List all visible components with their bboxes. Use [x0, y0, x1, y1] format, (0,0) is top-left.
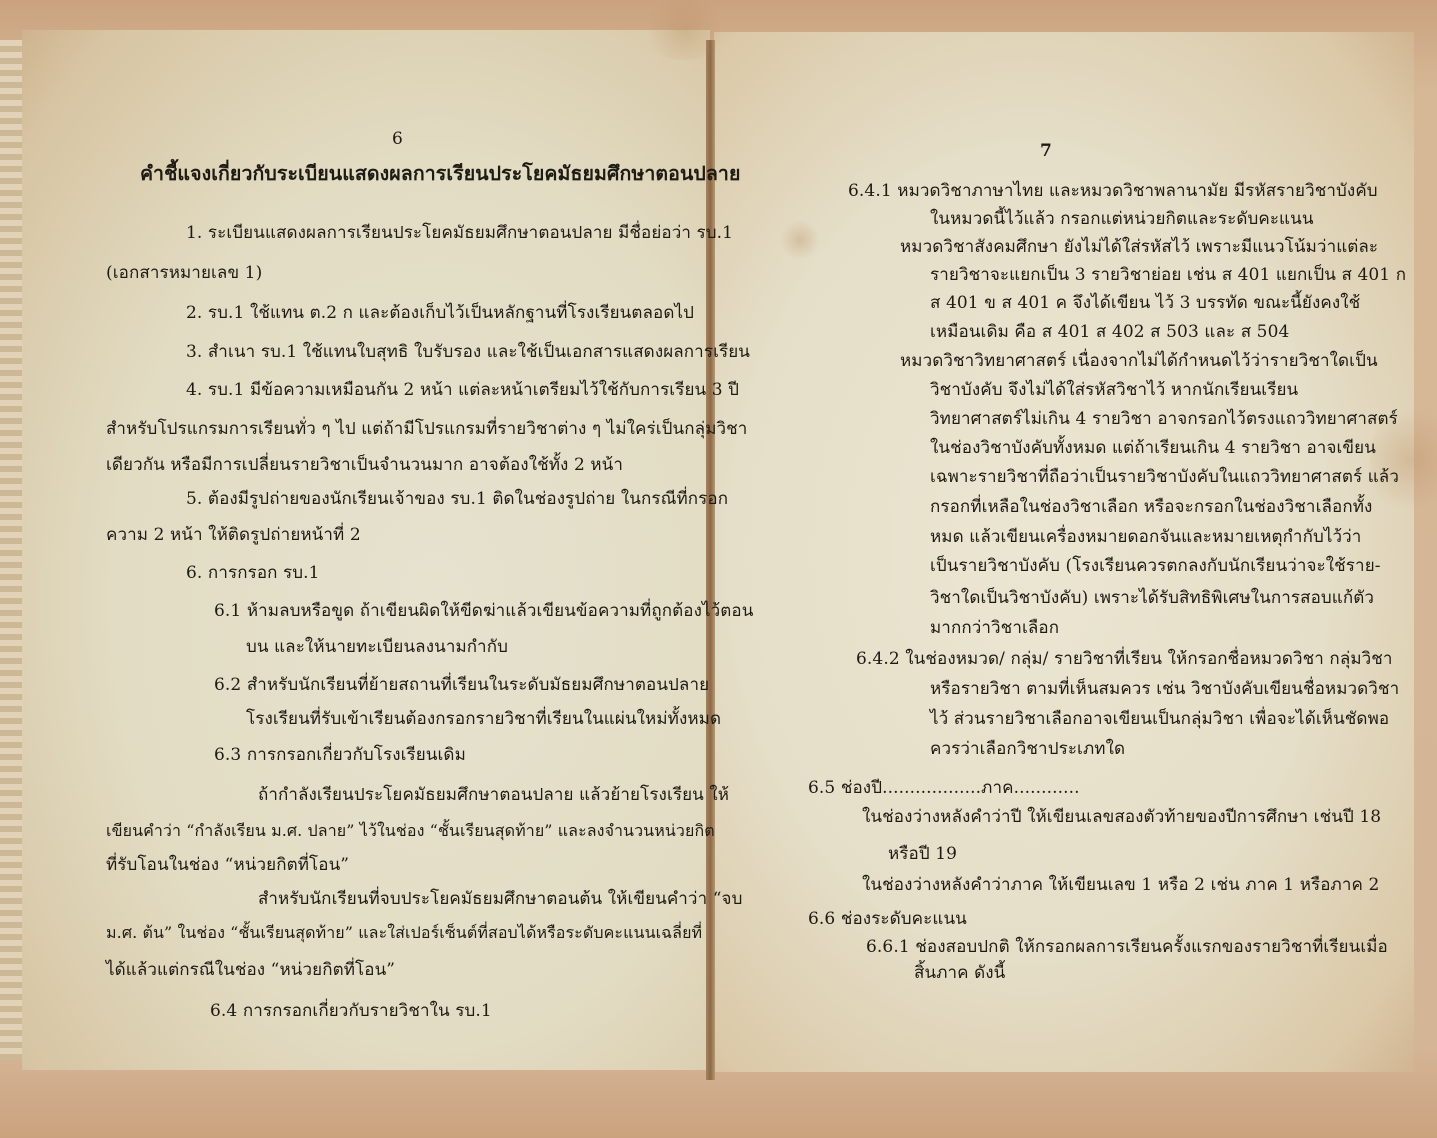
paragraph-line: (เอกสารหมายเลข 1) [106, 262, 262, 284]
paragraph-line: ถ้ากำลังเรียนประโยคมัธยมศึกษาตอนปลาย แล้… [258, 784, 729, 806]
paragraph-line: 6.2 สำหรับนักเรียนที่ย้ายสถานที่เรียนในร… [214, 674, 709, 696]
paragraph-line: หมวดวิชาวิทยาศาสตร์ เนื่องจากไม่ได้กำหนด… [900, 350, 1378, 372]
page-number-right: 7 [1040, 140, 1052, 162]
paragraph-line: บน และให้นายทะเบียนลงนามกำกับ [246, 636, 508, 658]
paragraph-line: หมวดวิชาสังคมศึกษา ยังไม่ได้ใส่รหัสไว้ เ… [900, 236, 1378, 258]
paragraph-line: ในช่องวิชาบังคับทั้งหมด แต่ถ้าเรียนเกิน … [930, 437, 1376, 459]
paragraph-line: เขียนคำว่า “กำลังเรียน ม.ศ. ปลาย” ไว้ในช… [106, 820, 715, 842]
paragraph-line: 6.1 ห้ามลบหรือขูด ถ้าเขียนผิดให้ขีดฆ่าแล… [214, 600, 753, 622]
paragraph-line: 6.5 ช่องปี..................ภาค.........… [808, 777, 1080, 799]
paragraph-line: สำหรับโปรแกรมการเรียนทั่ว ๆ ไป แต่ถ้ามีโ… [106, 418, 747, 440]
paragraph-line: 6.6.1 ช่องสอบปกติ ให้กรอกผลการเรียนครั้ง… [866, 936, 1388, 958]
paragraph-line: เหมือนเดิม คือ ส 401 ส 402 ส 503 และ ส 5… [930, 321, 1289, 343]
paragraph-line: 6.6 ช่องระดับคะแนน [808, 908, 967, 930]
paragraph-line: 6.4 การกรอกเกี่ยวกับรายวิชาใน รบ.1 [210, 1000, 492, 1022]
paragraph-line: 3. สำเนา รบ.1 ใช้แทนใบสุทธิ ใบรับรอง และ… [186, 341, 750, 363]
paragraph-line: กรอกที่เหลือในช่องวิชาเลือก หรือจะกรอกใน… [930, 496, 1372, 518]
paragraph-line: 5. ต้องมีรูปถ่ายของนักเรียนเจ้าของ รบ.1 … [186, 488, 728, 510]
paragraph-line: 2. รบ.1 ใช้แทน ต.2 ก และต้องเก็บไว้เป็นห… [186, 302, 694, 324]
paragraph-line: 6.4.1 หมวดวิชาภาษาไทย และหมวดวิชาพลานามั… [848, 180, 1378, 202]
paragraph-line: รายวิชาจะแยกเป็น 3 รายวิชาย่อย เช่น ส 40… [930, 264, 1406, 286]
paragraph-line: ม.ศ. ต้น” ในช่อง “ชั้นเรียนสุดท้าย” และใ… [106, 922, 702, 944]
paragraph-line: ในช่องว่างหลังคำว่าภาค ให้เขียนเลข 1 หรื… [862, 874, 1379, 896]
paragraph-line: เป็นรายวิชาบังคับ (โรงเรียนควรตกลงกับนัก… [930, 555, 1381, 577]
paragraph-line: 6.3 การกรอกเกี่ยวกับโรงเรียนเดิม [214, 744, 466, 766]
paragraph-line: ควรว่าเลือกวิชาประเภทใด [930, 738, 1125, 760]
paragraph-line: หรือรายวิชา ตามที่เห็นสมควร เช่น วิชาบัง… [930, 678, 1399, 700]
stain [640, 0, 730, 60]
stain [780, 220, 820, 260]
paragraph-line: วิชาใดเป็นวิชาบังคับ) เพราะได้รับสิทธิพิ… [930, 587, 1374, 609]
paragraph-line: 1. ระเบียนแสดงผลการเรียนประโยคมัธยมศึกษา… [186, 222, 733, 244]
paragraph-line: เฉพาะรายวิชาที่ถือว่าเป็นรายวิชาบังคับใน… [930, 466, 1399, 488]
paragraph-line: สำหรับนักเรียนที่จบประโยคมัธยมศึกษาตอนต้… [258, 888, 742, 910]
paragraph-line: ความ 2 หน้า ให้ติดรูปถ่ายหน้าที่ 2 [106, 524, 361, 546]
paragraph-line: วิทยาศาสตร์ไม่เกิน 4 รายวิชา อาจกรอกไว้ต… [930, 408, 1398, 430]
paragraph-line: ส 401 ข ส 401 ค จึงได้เขียน ไว้ 3 บรรทัด… [930, 292, 1360, 314]
paragraph-line: 6. การกรอก รบ.1 [186, 562, 320, 584]
paragraph-line: ในหมวดนี้ไว้แล้ว กรอกแต่หน่วยกิตและระดับ… [930, 208, 1314, 230]
paragraph-line: 6.4.2 ในช่องหมวด/ กลุ่ม/ รายวิชาที่เรียน… [856, 648, 1393, 670]
paragraph-line: ในช่องว่างหลังคำว่าปี ให้เขียนเลขสองตัวท… [862, 806, 1381, 828]
page-title: คำชี้แจงเกี่ยวกับระเบียนแสดงผลการเรียนปร… [140, 163, 740, 185]
paragraph-line: ที่รับโอนในช่อง “หน่วยกิตที่โอน” [106, 854, 349, 876]
paragraph-line: โรงเรียนที่รับเข้าเรียนต้องกรอกรายวิชาที… [246, 708, 721, 730]
left-page [22, 30, 710, 1070]
paragraph-line: เดียวกัน หรือมีการเปลี่ยนรายวิชาเป็นจำนว… [106, 454, 623, 476]
paragraph-line: มากกว่าวิชาเลือก [930, 617, 1059, 639]
paragraph-line: 4. รบ.1 มีข้อความเหมือนกัน 2 หน้า แต่ละห… [186, 379, 739, 401]
paragraph-line: สิ้นภาค ดังนี้ [914, 962, 1005, 984]
paragraph-line: ได้แล้วแต่กรณีในช่อง “หน่วยกิตที่โอน” [106, 959, 395, 981]
paragraph-line: หมด แล้วเขียนเครื่องหมายดอกจันและหมายเหต… [930, 526, 1361, 548]
paragraph-line: วิชาบังคับ จึงไม่ได้ใส่รหัสวิชาไว้ หากนั… [930, 379, 1298, 401]
paragraph-line: หรือปี 19 [888, 843, 957, 865]
page-number-left: 6 [392, 128, 403, 150]
left-edge-strip [0, 40, 24, 1060]
paragraph-line: ไว้ ส่วนรายวิชาเลือกอาจเขียนเป็นกลุ่มวิช… [930, 708, 1389, 730]
book-gutter [706, 40, 715, 1080]
